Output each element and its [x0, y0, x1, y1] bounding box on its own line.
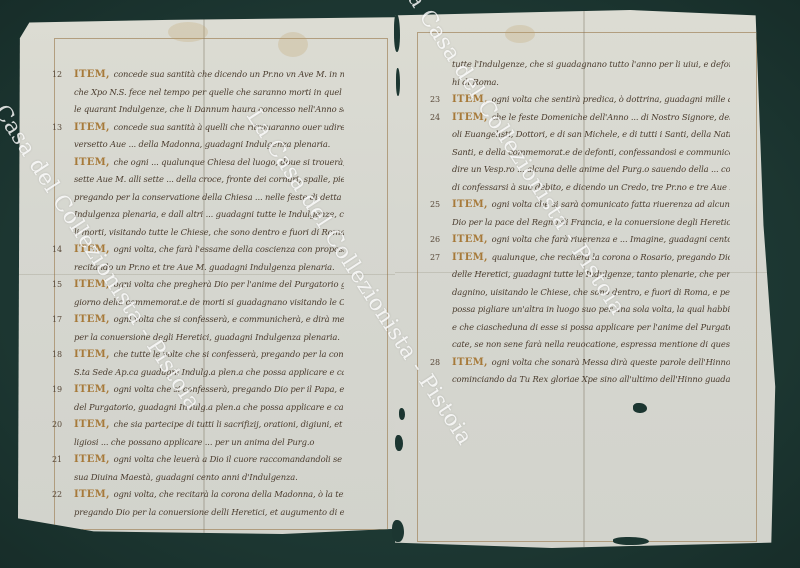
manuscript-entry: 17ITEM, ogni volta che si confesserà, e … — [74, 311, 344, 346]
line-text: sua Diuina Maestà, guadagni cento anni d… — [74, 472, 298, 482]
entry-line: e che ciascheduna di esse si possa appli… — [452, 319, 730, 337]
stain — [278, 32, 308, 57]
entry-line: ITEM, che sia partecipe di tutti li sacr… — [74, 416, 344, 434]
paper-hole — [396, 68, 400, 96]
entry-number: 23 — [430, 91, 440, 109]
entry-line: ITEM, ogni volta che si confesserà, e co… — [74, 311, 344, 329]
line-text: ogni volta che leuerà a Dio il cuore rac… — [114, 454, 344, 464]
line-text: e che ciascheduna di esse si possa appli… — [452, 322, 730, 332]
line-text: concede sua santità che dicendo un Pr.no… — [114, 69, 344, 79]
item-heading: ITEM, — [74, 489, 114, 500]
item-heading: ITEM, — [74, 314, 114, 325]
entry-line: ligiosi ... che possano applicare ... pe… — [74, 434, 344, 452]
entry-line: cate, se non sene farà nella reuocatione… — [452, 336, 730, 354]
entry-number: 12 — [52, 66, 62, 84]
entry-line: Santi, e della commemorat.e de defonti, … — [452, 144, 730, 162]
line-text: dire un Vesp.ro ... alcuna delle anime d… — [452, 164, 730, 174]
line-text: ogni volta, che farà l'essame della cosc… — [114, 244, 344, 254]
entry-line: per la conuersione degli Heretici, guada… — [74, 329, 344, 347]
paper-hole — [633, 403, 647, 413]
entry-line: ITEM, che tutte le volte che si confesse… — [74, 346, 344, 364]
manuscript-entry: 20ITEM, che sia partecipe di tutti li sa… — [74, 416, 344, 451]
entry-number: 25 — [430, 196, 440, 214]
entry-line: ITEM, concede sua santità che dicendo un… — [74, 66, 344, 84]
entry-number: 26 — [430, 231, 440, 249]
entry-number: 27 — [430, 249, 440, 267]
entry-line: pregando Dio per la conuersione delli He… — [74, 504, 344, 522]
entry-line: dire un Vesp.ro ... alcuna delle anime d… — [452, 161, 730, 179]
entry-line: sua Diuina Maestà, guadagni cento anni d… — [74, 469, 344, 487]
item-heading: ITEM, — [74, 157, 114, 168]
entry-line: ITEM, ogni volta, che recitarà la corona… — [74, 486, 344, 504]
entry-line: del Purgatorio, guadagni Indulg.a plen.a… — [74, 399, 344, 417]
manuscript-entry: 12ITEM, concede sua santità che dicendo … — [74, 66, 344, 119]
item-heading: ITEM, — [452, 199, 492, 210]
entry-line: Dio per la pace del Regno di Francia, e … — [452, 214, 730, 232]
item-heading: ITEM, — [452, 357, 492, 368]
entry-line: tutte l'Indulgenze, che si guadagnano tu… — [452, 56, 730, 74]
line-text: ogni volta che si sarà comunicato fatta … — [492, 199, 730, 209]
entry-number: 17 — [52, 311, 62, 329]
entry-line: ITEM, ogni volta che sonarà Messa dirà q… — [452, 354, 730, 372]
line-text: Dio per la pace del Regno di Francia, e … — [452, 217, 730, 227]
item-heading: ITEM, — [74, 419, 114, 430]
line-text: ogni volta che si confesserà, pregando D… — [114, 384, 344, 394]
paper-hole — [399, 408, 405, 420]
manuscript-entry: 25ITEM, ogni volta che si sarà comunicat… — [452, 196, 730, 231]
manuscript-entry: 21ITEM, ogni volta che leuerà a Dio il c… — [74, 451, 344, 486]
line-text: ogni volta che farà riuerenza e ... Imag… — [492, 234, 730, 244]
line-text: per la conuersione degli Heretici, guada… — [74, 332, 340, 342]
manuscript-entry: tutte l'Indulgenze, che si guadagnano tu… — [452, 56, 730, 91]
line-text: cate, se non sene farà nella reuocatione… — [452, 339, 730, 349]
item-heading: ITEM, — [452, 252, 492, 263]
line-text: che le feste Domeniche dell'Anno ... di … — [492, 112, 730, 122]
line-text: del Purgatorio, guadagni Indulg.a plen.a… — [74, 402, 344, 412]
paper-hole — [392, 520, 404, 542]
entry-number: 24 — [430, 109, 440, 127]
line-text: ogni volta che sentirà predica, ò dottri… — [492, 94, 730, 104]
entry-line: le quarant Indulgenze, che li Dannum hau… — [74, 101, 344, 119]
line-text: ligiosi ... che possano applicare ... pe… — [74, 437, 314, 447]
entry-line: possa pigliare un'altra in luogo suo per… — [452, 301, 730, 319]
manuscript-entry: 28ITEM, ogni volta che sonarà Messa dirà… — [452, 354, 730, 389]
entry-number: 21 — [52, 451, 62, 469]
line-text: ogni volta, che recitarà la corona della… — [114, 489, 344, 499]
manuscript-entry: 19ITEM, ogni volta che si confesserà, pr… — [74, 381, 344, 416]
line-text: versetto Aue ... della Madonna, guadagni… — [74, 139, 330, 149]
entry-line: ITEM, ogni volta che si sarà comunicato … — [452, 196, 730, 214]
entry-number: 20 — [52, 416, 62, 434]
entry-line: cominciando da Tu Rex gloriae Xpe sino a… — [452, 371, 730, 389]
manuscript-entry: 13ITEM, concede sua santità à quelli che… — [74, 119, 344, 154]
line-text: cominciando da Tu Rex gloriae Xpe sino a… — [452, 374, 730, 384]
line-text: ogni volta che sonarà Messa dirà queste … — [492, 357, 730, 367]
manuscript-entry: 22ITEM, ogni volta, che recitarà la coro… — [74, 486, 344, 521]
line-text: di confessarsi à suo debito, e dicendo u… — [452, 182, 730, 192]
item-heading: ITEM, — [74, 454, 114, 465]
line-text: Santi, e della commemorat.e de defonti, … — [452, 147, 730, 157]
item-heading: ITEM, — [74, 349, 114, 360]
line-text: possa pigliare un'altra in luogo suo per… — [452, 304, 730, 314]
entry-number: 19 — [52, 381, 62, 399]
entry-line: S.ta Sede Ap.ca guadagni Indulg.a plen.a… — [74, 364, 344, 382]
line-text: che ogni ... qualunque Chiesa del luogo,… — [114, 157, 344, 167]
entry-number: 13 — [52, 119, 62, 137]
line-text: le quarant Indulgenze, che li Dannum hau… — [74, 104, 344, 114]
stain — [168, 22, 208, 42]
entry-line: ITEM, ogni volta, che farà l'essame dell… — [74, 241, 344, 259]
line-text: che sia partecipe di tutti li sacrifizij… — [114, 419, 344, 429]
entry-number: 15 — [52, 276, 62, 294]
item-heading: ITEM, — [74, 122, 114, 133]
entry-line: ITEM, concede sua santità à quelli che r… — [74, 119, 344, 137]
entry-line: di confessarsi à suo debito, e dicendo u… — [452, 179, 730, 197]
entry-number: 22 — [52, 486, 62, 504]
line-text: che Xpo N.S. fece nel tempo per quelle c… — [74, 87, 344, 97]
entry-line: li morti, visitando tutte le Chiese, che… — [74, 224, 344, 242]
paper-hole — [613, 537, 649, 545]
line-text: tutte l'Indulgenze, che si guadagnano tu… — [452, 59, 730, 69]
entry-line: ITEM, ogni volta che leuerà a Dio il cuo… — [74, 451, 344, 469]
item-heading: ITEM, — [74, 384, 114, 395]
paper-hole — [395, 435, 403, 451]
item-heading: ITEM, — [74, 69, 114, 80]
stain — [505, 25, 535, 43]
manuscript-entry: 18ITEM, che tutte le volte che si confes… — [74, 346, 344, 381]
item-heading: ITEM, — [452, 234, 492, 245]
entry-number: 14 — [52, 241, 62, 259]
line-text: concede sua santità à quelli che ritroua… — [114, 122, 344, 132]
line-text: pregando Dio per la conuersione delli He… — [74, 507, 344, 517]
paper-hole — [394, 14, 400, 52]
line-text: qualunque, che reciterà la corona o Rosa… — [492, 252, 730, 262]
entry-line: ITEM, ogni volta che si confesserà, preg… — [74, 381, 344, 399]
line-text: S.ta Sede Ap.ca guadagni Indulg.a plen.a… — [74, 367, 344, 377]
entry-line: hi di Roma. — [452, 74, 730, 92]
line-text: ogni volta che pregherà Dio per l'anime … — [114, 279, 344, 289]
entry-line: versetto Aue ... della Madonna, guadagni… — [74, 136, 344, 154]
entry-line: che Xpo N.S. fece nel tempo per quelle c… — [74, 84, 344, 102]
entry-number: 18 — [52, 346, 62, 364]
line-text: li morti, visitando tutte le Chiese, che… — [74, 227, 344, 237]
